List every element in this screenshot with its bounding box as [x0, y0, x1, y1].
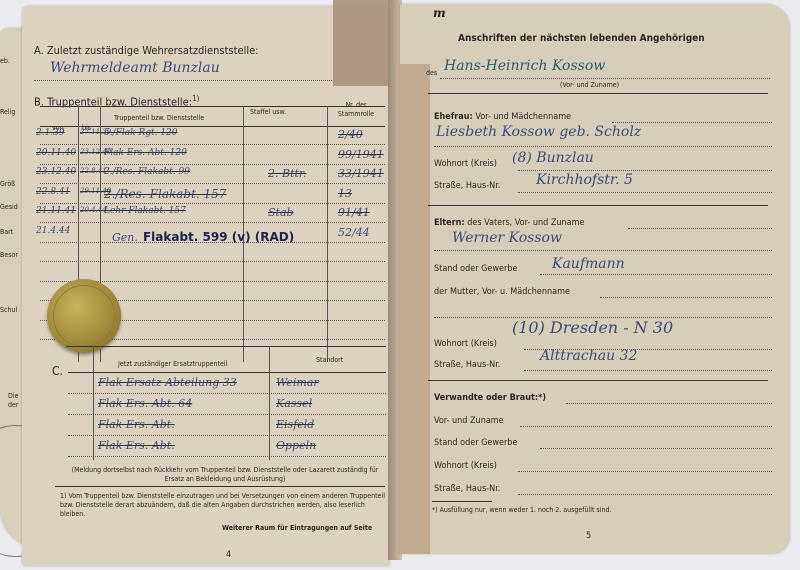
cell-unit: Lehr Flakabt. 157	[104, 206, 186, 216]
col-ersatztruppenteil: Jetzt zuständiger Ersatztruppenteil	[118, 360, 227, 368]
margin-fragment: Relig	[0, 108, 15, 116]
cell-standort: Weimar	[276, 376, 319, 389]
page-number-right: 5	[586, 531, 591, 541]
spouse-label: Ehefrau: Vor- und Mädchenname	[434, 112, 571, 122]
cell-standort: Oppeln	[276, 439, 316, 452]
margin-fragment: eb.	[0, 57, 10, 65]
cell-von: 22.8.41	[36, 187, 70, 197]
cell-ersatztruppenteil: Flak Ers. Abt.	[98, 418, 175, 431]
cell-nr: 99/1941	[338, 148, 384, 161]
coin	[47, 279, 121, 353]
cell-ersatztruppenteil: Flak Ersatz Abteilung 33	[98, 376, 237, 389]
owner-name: Hans-Heinrich Kossow	[444, 58, 605, 74]
owner-caption: (Vor- und Zuname)	[560, 81, 619, 89]
cell-von: 21.4.44	[36, 226, 70, 236]
parents-residence: (10) Dresden - N 30	[512, 318, 673, 337]
more-space-note: Weiterer Raum für Eintragungen auf Seite	[222, 524, 372, 532]
father-name: Werner Kossow	[452, 230, 562, 246]
margin-fragment: Schul	[0, 306, 17, 314]
cell-staffel: 2. Bttr.	[268, 167, 306, 180]
cell-nr: 52/44	[338, 226, 370, 239]
margin-fragment: Größ	[0, 180, 15, 188]
margin-fragment: Die	[8, 392, 18, 400]
corner-mark: m	[433, 6, 446, 20]
margin-fragment: Bart	[0, 228, 13, 236]
cell-bis: 20.4.44	[80, 206, 107, 214]
relatives-footnote: *) Ausfüllung nur, wenn weder 1. noch 2.…	[432, 506, 611, 514]
section-c-note: (Meldung dortselbst nach Rückkehr vom Tr…	[70, 466, 380, 484]
repair-tape	[398, 64, 430, 554]
relatives-name-label: Vor- und Zuname	[434, 416, 504, 426]
margin-fragment: der	[8, 401, 18, 409]
cell-unit: 2./Res.-Flakabt. 157	[104, 187, 226, 201]
father-occupation: Kaufmann	[552, 256, 625, 272]
cell-standort: Kassel	[276, 397, 312, 410]
relatives-residence-label: Wohnort (Kreis)	[434, 461, 497, 471]
cell-standort: Eisfeld	[276, 418, 314, 431]
owner-prefix: des	[426, 69, 437, 77]
cell-bis: 22.8.41	[80, 167, 107, 175]
cell-unit: 2./Res. Flakabt. 99	[104, 167, 190, 177]
relatives-street-label: Straße, Haus-Nr.	[434, 484, 500, 494]
spouse-name: Liesbeth Kossow geb. Scholz	[436, 124, 641, 140]
section-c-label: C.	[52, 364, 63, 378]
repair-tape	[333, 0, 391, 86]
cell-unit: Flak Ers. Abt. 120	[104, 148, 187, 158]
spouse-street: Kirchhofstr. 5	[536, 172, 633, 188]
cell-von: 2.1.39	[36, 128, 65, 138]
cell-nr: 13	[338, 187, 352, 200]
cell-nr: 91/41	[338, 206, 370, 219]
cell-unit: 5./Flak-Rgt. 120	[104, 128, 178, 138]
cell-von: 23.12.40	[36, 167, 76, 177]
parents-label: Eltern: des Vaters, Vor- und Zuname	[434, 218, 584, 228]
parents-street: Alttrachau 32	[540, 348, 637, 364]
cell-nr: 33/1941	[338, 167, 384, 180]
col-stammrolle: Nr. der Stammrolle	[330, 101, 382, 119]
col-staffel: Staffel usw.	[250, 108, 286, 116]
heading: Anschriften der nächsten lebenden Angehö…	[458, 33, 705, 44]
margin-fragment: Besor	[0, 251, 18, 259]
margin-fragment: Gesid	[0, 203, 18, 211]
section-a-label: A. Zuletzt zuständige Wehrersatzdienstst…	[34, 44, 259, 57]
parents-residence-label: Wohnort (Kreis)	[434, 339, 497, 349]
cell-nr: 2/40	[338, 128, 363, 141]
relatives-label: Verwandte oder Braut:*)	[434, 393, 546, 403]
parents-street-label: Straße, Haus-Nr.	[434, 360, 500, 370]
spouse-residence: (8) Bunzlau	[512, 150, 594, 166]
cell-ersatztruppenteil: Flak Ers. Abt. 64	[98, 397, 192, 410]
occupation-label: Stand oder Gewerbe	[434, 264, 517, 274]
cell-staffel: Stab	[268, 206, 294, 219]
section-a-value: Wehrmeldeamt Bunzlau	[50, 60, 220, 76]
spouse-street-label: Straße, Haus-Nr.	[434, 181, 500, 191]
spouse-residence-label: Wohnort (Kreis)	[434, 159, 497, 169]
cell-von: 20.11.40	[36, 148, 76, 158]
relatives-occupation-label: Stand oder Gewerbe	[434, 438, 517, 448]
footnote: 1) Vom Truppenteil bzw. Dienststelle ein…	[60, 492, 385, 519]
cell-unit: Gen. Flakabt. 599 (v) (RAD)	[112, 226, 294, 245]
page-number-left: 4	[226, 550, 231, 560]
cell-von: 21.11.41	[36, 206, 76, 216]
col-standort: Standort	[316, 356, 343, 364]
col-unit: Truppenteil bzw. Dienststelle	[114, 114, 204, 122]
mother-label: der Mutter, Vor- u. Mädchenname	[434, 287, 570, 297]
cell-ersatztruppenteil: Flak Ers. Abt.	[98, 439, 175, 452]
